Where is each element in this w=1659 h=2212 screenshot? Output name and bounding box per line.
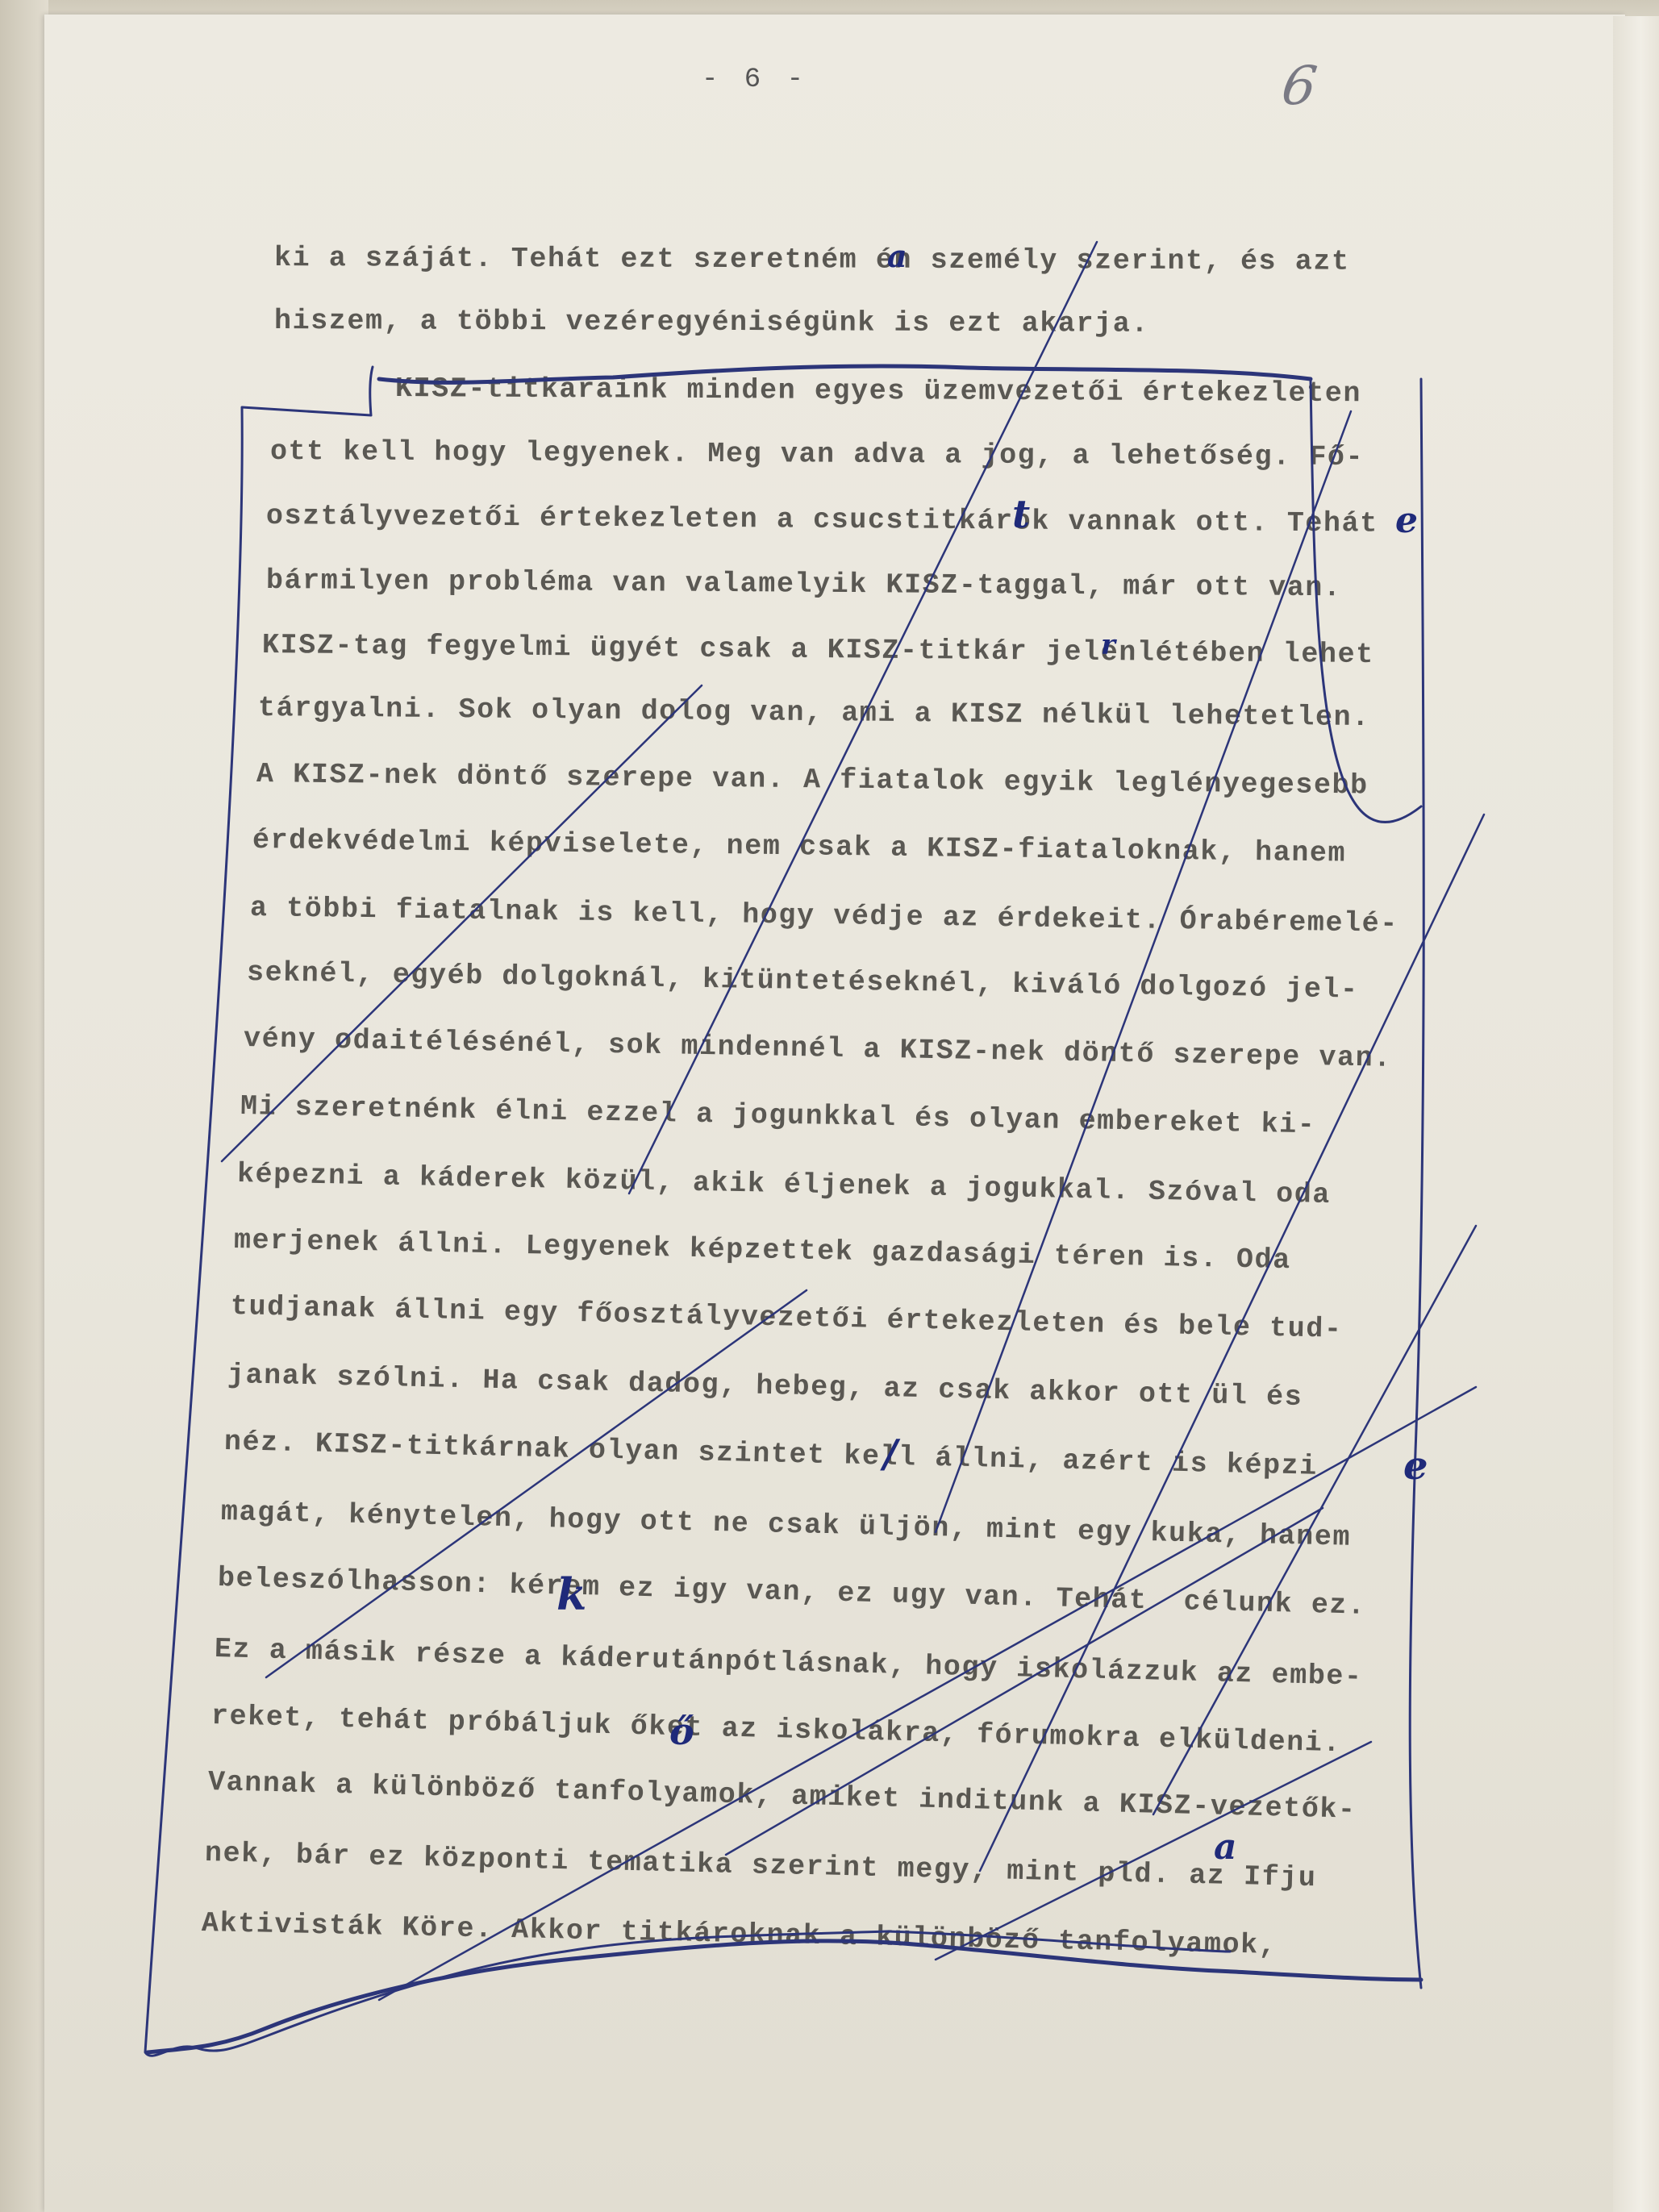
correction-a: a: [887, 238, 907, 274]
background-sheet-left: [0, 0, 48, 2212]
correction-a-caret: a: [1214, 1827, 1237, 1868]
correction-r: r: [1101, 629, 1115, 661]
text-line: hiszem, a többi vezéregyéniségünk is ezt…: [274, 305, 1149, 340]
text-line: ott kell hogy legyenek. Meg van adva a j…: [270, 435, 1364, 473]
correction-t: t: [1012, 492, 1030, 537]
text-line: ki a száját. Tehát ezt szeretném én szem…: [274, 242, 1350, 278]
correction-e-2: e: [1403, 1443, 1428, 1489]
correction-k: k: [556, 1568, 586, 1620]
correction-slash: /: [883, 1431, 898, 1477]
text-line: KISZ-titkáraink minden egyes üzemvezetői…: [395, 373, 1361, 410]
correction-e: e: [1395, 500, 1418, 541]
page-right-edge: [1613, 16, 1659, 2212]
correction-o: ő: [669, 1710, 694, 1753]
page-header: - 6 -: [702, 65, 808, 95]
